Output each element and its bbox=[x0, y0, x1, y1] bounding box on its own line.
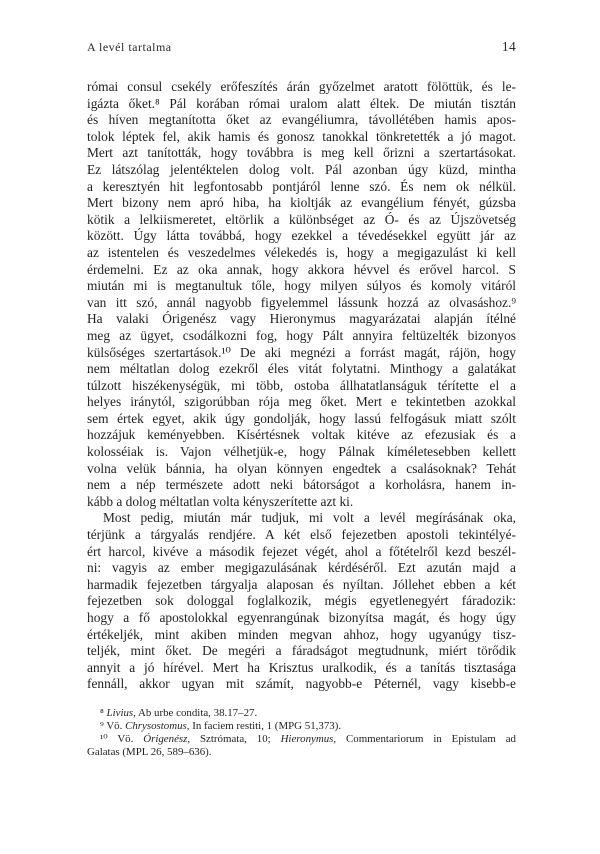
text-line: helyes iránytól, szigorúbban rója meg ők… bbox=[87, 394, 516, 411]
text-line: miután mi is megtanultuk tőle, hogy mily… bbox=[87, 278, 516, 295]
footnote-italic-text: Órigenész, bbox=[143, 733, 190, 745]
text-line: az istentelen és veszedelmes vélekedés i… bbox=[87, 245, 516, 262]
running-header: A levél tartalma 14 bbox=[87, 39, 516, 55]
text-line: a keresztyén hit legfontosabb pontjáról … bbox=[87, 179, 516, 196]
text-line: római consul csekély erőfeszítés árán gy… bbox=[87, 79, 516, 96]
text-line: igázta őket.⁸ Pál korában római uralom a… bbox=[87, 96, 516, 113]
footnote-italic-text: Chrysostomus, bbox=[125, 720, 189, 732]
text-line: van itt szó, annál nagyobb figyelemmel l… bbox=[87, 295, 516, 312]
text-line: kább a dolog méltatlan volta kényszeríte… bbox=[87, 494, 516, 511]
text-line: Mert bizony nem apró hiba, ha kioltják a… bbox=[87, 195, 516, 212]
text-line: tolok léptek fel, akik hamis és gonosz t… bbox=[87, 129, 516, 146]
text-line: hogy a fő apostolokkal egyenrangúnak biz… bbox=[87, 610, 516, 627]
book-page: A levél tartalma 14 római consul csekély… bbox=[0, 0, 600, 854]
text-line: Most pedig, miután már tudjuk, mi volt a… bbox=[87, 510, 516, 527]
text-line: teljék, mint őket. De megéri a fáradságo… bbox=[87, 643, 516, 660]
text-line: térjünk a tárgyalás rendjére. A két első… bbox=[87, 527, 516, 544]
text-line: annyit a jó hírével. Mert ha Krisztus ur… bbox=[87, 660, 516, 677]
footnote-text: Sztrómata, 10; bbox=[190, 733, 280, 745]
text-line: kolosséiak is. Vajon vélhetjük-e, hogy P… bbox=[87, 444, 516, 461]
footnote-italic-text: Hieronymus, bbox=[281, 733, 337, 745]
footnote-text: ¹⁰ Vö. bbox=[100, 733, 143, 745]
text-line: fennáll, akkor ugyan mit számít, nagyobb… bbox=[87, 676, 516, 693]
footnote-line: ⁸ Livius, Ab urbe condita, 38.17–27. bbox=[87, 707, 516, 720]
paragraph: római consul csekély erőfeszítés árán gy… bbox=[87, 79, 516, 510]
footnotes: ⁸ Livius, Ab urbe condita, 38.17–27.⁹ Vö… bbox=[87, 707, 516, 759]
footnote-text: Commentariorum in Epistulam ad bbox=[336, 733, 516, 745]
footnote-text: Ab urbe condita, 38.17–27. bbox=[136, 707, 257, 719]
text-line: külsőséges szertartások.¹⁰ De aki megnéz… bbox=[87, 345, 516, 362]
text-line: sem értek egyet, akik úgy gondolják, hog… bbox=[87, 411, 516, 428]
paragraph: Most pedig, miután már tudjuk, mi volt a… bbox=[87, 510, 516, 693]
text-line: és híven megtanította őket az evangélium… bbox=[87, 112, 516, 129]
footnote-text: In faciem restiti, 1 (MPG 51,373). bbox=[190, 720, 342, 732]
text-line: volna velük bánnia, ha olyan könnyen eng… bbox=[87, 461, 516, 478]
footnote-line: Galatas (MPL 26, 589–636). bbox=[87, 746, 516, 759]
text-line: túlzott hiszékenységük, mi több, ostoba … bbox=[87, 378, 516, 395]
text-line: Ez látszólag jelentéktelen dolog volt. P… bbox=[87, 162, 516, 179]
text-line: nem a nép természete adott neki bátorság… bbox=[87, 477, 516, 494]
text-line: hozzájuk keményebben. Kísértésnek voltak… bbox=[87, 427, 516, 444]
text-line: meg az ügyet, csodálkozni fog, hogy Pált… bbox=[87, 328, 516, 345]
running-header-title: A levél tartalma bbox=[87, 40, 172, 55]
page-number: 14 bbox=[502, 39, 516, 55]
footnote-italic-text: Livius, bbox=[107, 707, 136, 719]
footnote-text: Galatas (MPL 26, 589–636). bbox=[87, 746, 212, 758]
text-line: harmadik fejezetben tárgyalja alaposan é… bbox=[87, 577, 516, 594]
text-line: ni: vagyis az ember megigazulásának kérd… bbox=[87, 560, 516, 577]
body-text: római consul csekély erőfeszítés árán gy… bbox=[87, 79, 516, 759]
text-line: között. Úgy látta továbbá, hogy ezekkel … bbox=[87, 228, 516, 245]
footnote-line: ⁹ Vö. Chrysostomus, In faciem restiti, 1… bbox=[87, 720, 516, 733]
text-line: érdemelni. Ez az oka annak, hogy akkora … bbox=[87, 262, 516, 279]
text-line: Mert azt tanították, hogy továbbra is me… bbox=[87, 145, 516, 162]
text-line: nem méltatlan dolog ezekről éles vitát f… bbox=[87, 361, 516, 378]
text-line: értékeljék, mint akiben minden megvan ah… bbox=[87, 627, 516, 644]
text-line: fejezetben sok dologgal foglalkozik, még… bbox=[87, 593, 516, 610]
footnote-text: ⁹ Vö. bbox=[100, 720, 125, 732]
text-line: Ha valaki Órigenész vagy Hieronymus magy… bbox=[87, 311, 516, 328]
text-line: ért harcol, kivéve a második fejezet vég… bbox=[87, 544, 516, 561]
footnote-line: ¹⁰ Vö. Órigenész, Sztrómata, 10; Hierony… bbox=[87, 733, 516, 746]
text-line: kötik a lelkiismeretet, eltörlik a külön… bbox=[87, 212, 516, 229]
